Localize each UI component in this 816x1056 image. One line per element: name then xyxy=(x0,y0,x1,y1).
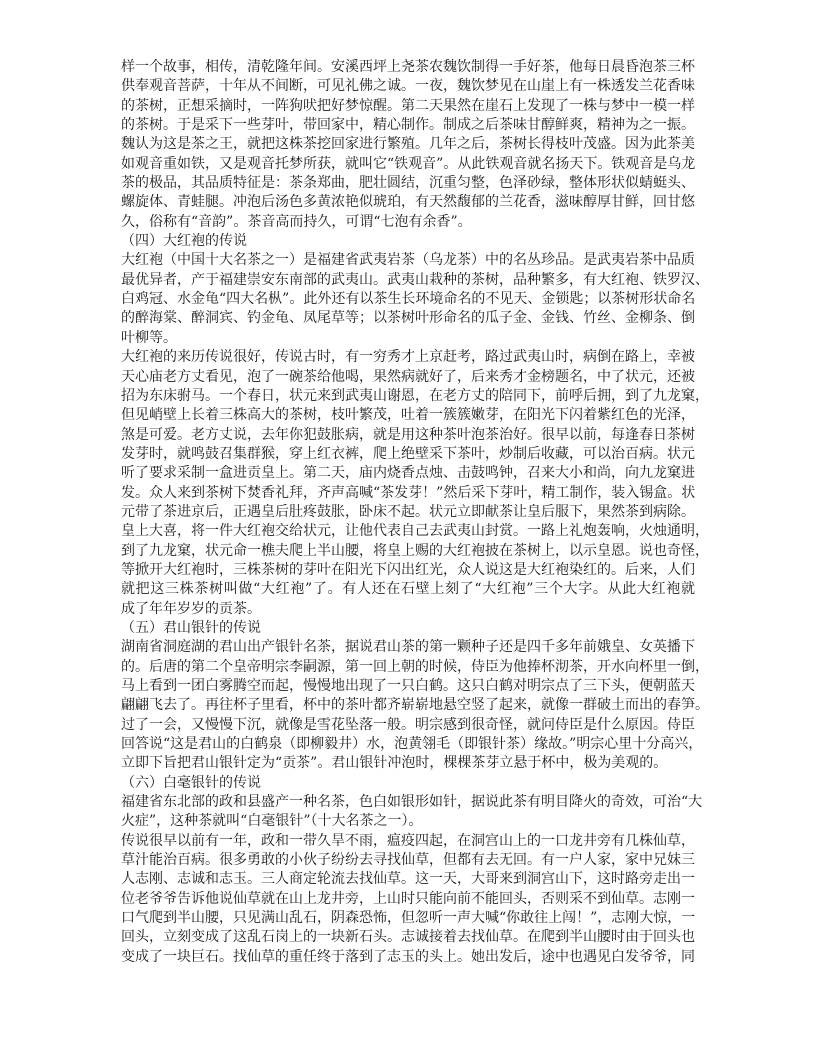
text-line: 湖南省洞庭湖的君山出产银针名茶，据说君山茶的第一颗种子还是四千多年前娥皇、女英播… xyxy=(121,638,695,657)
text-line: 草汁能治百病。很多勇敢的小伙子纷纷去寻找仙草，但都有去无回。有一户人家，家中兄妹… xyxy=(121,851,695,870)
paragraph: 样一个故事，相传，清乾隆年间。安溪西坪上尧茶农魏饮制得一手好茶，他每日晨昏泡茶三… xyxy=(121,58,695,232)
text-line: 但见峭壁上长着三株高大的茶树，枝叶繁茂，吐着一簇簇嫩芽，在阳光下闪着紫红色的光泽… xyxy=(121,406,695,425)
text-line: 成了年年岁岁的贡茶。 xyxy=(121,600,695,619)
text-line: 如观音重如铁，又是观音托梦所获，就叫它“铁观音”。从此铁观音就名扬天下。铁观音是… xyxy=(121,155,695,174)
text-line: 茶的极品，其品质特征是：茶条郑曲，肥壮圆结，沉重匀整，色泽砂绿，整体形状似蜻蜓头… xyxy=(121,174,695,193)
text-line: 人志刚、志诚和志玉。三人商定轮流去找仙草。这一天，大哥来到洞宫山下，这时路旁走出… xyxy=(121,870,695,889)
text-line: 元带了茶进京后，正遇皇后肚疼鼓胀，卧床不起。状元立即献茶让皇后服下，果然茶到病除… xyxy=(121,503,695,522)
section-heading: （四）大红袍的传说 xyxy=(121,232,695,251)
text-line: 煞是可爱。老方丈说，去年你犯鼓胀病，就是用这种茶叶泡茶治好。很早以前，每逢春日茶… xyxy=(121,426,695,445)
heading-text: （六）白毫银针的传说 xyxy=(121,774,695,793)
text-line: 发芽时，就鸣鼓召集群猴，穿上红衣裤，爬上绝壁采下茶叶，炒制后收藏，可以治百病。状… xyxy=(121,445,695,464)
text-line: 的茶树，正想采摘时，一阵狗吠把好梦惊醒。第二天果然在崖石上发现了一株与梦中一模一… xyxy=(121,97,695,116)
text-line: 发。众人来到茶树下焚香礼拜，齐声高喊“茶发芽！”然后采下芽叶，精工制作，装入锡盒… xyxy=(121,484,695,503)
text-line: 立即下旨把君山银针定为“贡茶”。君山银针冲泡时，棵棵茶芽立悬于杯中，极为美观的。 xyxy=(121,754,695,773)
paragraph: 湖南省洞庭湖的君山出产银针名茶，据说君山茶的第一颗种子还是四千多年前娥皇、女英播… xyxy=(121,638,695,773)
text-line: 供奉观音菩萨，十年从不间断，可见礼佛之诚。一夜，魏饮梦见在山崖上有一株透发兰花香… xyxy=(121,77,695,96)
text-line: 的茶树。于是采下一些芽叶，带回家中，精心制作。制成之后茶味甘醇鲜爽，精神为之一振… xyxy=(121,116,695,135)
text-line: 螺旋体、青蛙腿。冲泡后汤色多黄浓艳似琥珀，有天然馥郁的兰花香，滋味醇厚甘鲜，回甘… xyxy=(121,193,695,212)
paragraph: 传说很早以前有一年，政和一带久旱不雨，瘟疫四起，在洞宫山上的一口龙井旁有几株仙草… xyxy=(121,832,695,967)
text-line: 天心庙老方丈看见，泡了一碗茶给他喝，果然病就好了，后来秀才金榜题名，中了状元，还… xyxy=(121,368,695,387)
text-line: 听了要求采制一盒进贡皇上。第二天，庙内烧香点烛、击鼓鸣钟，召来大小和尚，向九龙窠… xyxy=(121,464,695,483)
text-line: 招为东床驸马。一个春日，状元来到武夷山谢恩，在老方丈的陪同下，前呼后拥，到了九龙… xyxy=(121,387,695,406)
text-line: 魏认为这是茶之王，就把这株茶挖回家进行繁殖。几年之后，茶树长得枝叶茂盛。因为此茶… xyxy=(121,135,695,154)
text-line: 回头，立刻变成了这乱石岗上的一块新石头。志诚接着去找仙草。在爬到半山腰时由于回头… xyxy=(121,928,695,947)
section-heading: （五）君山银针的传说 xyxy=(121,619,695,638)
text-line: 福建省东北部的政和县盛产一种名茶，色白如银形如针，据说此茶有明目降火的奇效，可治… xyxy=(121,793,695,812)
text-line: 传说很早以前有一年，政和一带久旱不雨，瘟疫四起，在洞宫山上的一口龙井旁有几株仙草… xyxy=(121,832,695,851)
text-line: 到了九龙窠，状元命一樵夫爬上半山腰，将皇上赐的大红袍披在茶树上，以示皇恩。说也奇… xyxy=(121,542,695,561)
paragraph: 福建省东北部的政和县盛产一种名茶，色白如银形如针，据说此茶有明目降火的奇效，可治… xyxy=(121,793,695,832)
text-line: 过了一会，又慢慢下沉，就像是雪花坠落一般。明宗感到很奇怪，就问侍臣是什么原因。侍… xyxy=(121,716,695,735)
text-line: 久，俗称有“音韵”。茶音高而持久，可谓“七泡有余香”。 xyxy=(121,213,695,232)
text-line: 叶柳等。 xyxy=(121,329,695,348)
text-line: 等掀开大红袍时，三株茶树的芽叶在阳光下闪出红光，众人说这是大红袍染红的。后来，人… xyxy=(121,561,695,580)
text-line: 回答说“这是君山的白鹤泉（即柳毅井）水，泡黄翎毛（即银针茶）缘故。”明宗心里十分… xyxy=(121,735,695,754)
text-line: 大红袍（中国十大名茶之一）是福建省武夷岩茶（乌龙茶）中的名丛珍品。是武夷岩茶中品… xyxy=(121,251,695,270)
text-line: 翩翩飞去了。再往杯子里看，杯中的茶叶都齐崭崭地悬空竖了起来，就像一群破土而出的春… xyxy=(121,696,695,715)
text-line: 最优异者，产于福建崇安东南部的武夷山。武夷山栽种的茶树，品种繁多，有大红袍、铁罗… xyxy=(121,271,695,290)
heading-text: （四）大红袍的传说 xyxy=(121,232,695,251)
text-line: 皇上大喜，将一件大红袍交给状元，让他代表自己去武夷山封赏。一路上礼炮轰响，火烛通… xyxy=(121,522,695,541)
heading-text: （五）君山银针的传说 xyxy=(121,619,695,638)
text-line: 样一个故事，相传，清乾隆年间。安溪西坪上尧茶农魏饮制得一手好茶，他每日晨昏泡茶三… xyxy=(121,58,695,77)
paragraph: 大红袍（中国十大名茶之一）是福建省武夷岩茶（乌龙茶）中的名丛珍品。是武夷岩茶中品… xyxy=(121,251,695,348)
document-page: 样一个故事，相传，清乾隆年间。安溪西坪上尧茶农魏饮制得一手好茶，他每日晨昏泡茶三… xyxy=(121,58,695,967)
text-line: 马上看到一团白雾腾空而起，慢慢地出现了一只白鹤。这只白鹤对明宗点了三下头，便朝蓝… xyxy=(121,677,695,696)
text-line: 变成了一块巨石。找仙草的重任终于落到了志玉的头上。她出发后，途中也遇见白发爷爷，… xyxy=(121,948,695,967)
paragraph: 大红袍的来历传说很好，传说古时，有一穷秀才上京赶考，路过武夷山时，病倒在路上，幸… xyxy=(121,348,695,619)
text-line: 位老爷爷告诉他说仙草就在山上龙井旁，上山时只能向前不能回头，否则采不到仙草。志刚… xyxy=(121,890,695,909)
text-line: 白鸡冠、水金龟“四大名枞”。此外还有以茶生长环境命名的不见天、金锁匙；以茶树形状… xyxy=(121,290,695,309)
text-line: 的。后唐的第二个皇帝明宗李嗣源，第一回上朝的时候，侍臣为他捧杯沏茶，开水向杯里一… xyxy=(121,658,695,677)
text-line: 口气爬到半山腰，只见满山乱石，阴森恐怖，但忽听一声大喊“你敢往上闯！”，志刚大惊… xyxy=(121,909,695,928)
text-line: 就把这三株茶树叫做“大红袍”了。有人还在石壁上刻了“大红袍”三个大字。从此大红袍… xyxy=(121,580,695,599)
text-line: 火症”，这种茶就叫“白毫银针”（十大名茶之一）。 xyxy=(121,812,695,831)
text-line: 大红袍的来历传说很好，传说古时，有一穷秀才上京赶考，路过武夷山时，病倒在路上，幸… xyxy=(121,348,695,367)
section-heading: （六）白毫银针的传说 xyxy=(121,774,695,793)
text-line: 的醉海棠、醉洞宾、钓金龟、凤尾草等；以茶树叶形命名的瓜子金、金钱、竹丝、金柳条、… xyxy=(121,309,695,328)
